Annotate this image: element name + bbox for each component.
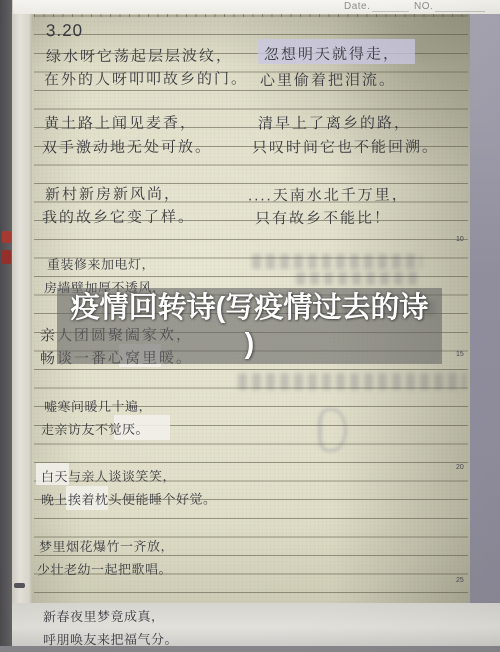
poem-line: 忽想明天就得走， xyxy=(264,43,400,65)
handwritten-date: 3.20 xyxy=(46,21,83,41)
page-stack-edge xyxy=(470,13,500,603)
notebook-photo: Date. NO. 10 15 20 25 3.20 绿水呀它荡起层层波纹， 在… xyxy=(0,0,500,652)
poem-line: 心里偷着把泪流。 xyxy=(260,69,396,91)
poem-line: 重装修来加电灯， xyxy=(47,254,155,274)
caption-text-line1: 疫情回转诗(写疫情过去的诗 xyxy=(71,290,429,326)
ink-bleed-smudge xyxy=(252,254,422,269)
tick-marks-top xyxy=(34,14,468,17)
poem-line: 只有故乡不能比！ xyxy=(255,207,391,229)
poem-line: 呼朋唤友来把福气分。 xyxy=(43,629,178,649)
poem-line: 梦里烟花爆竹一齐放， xyxy=(39,536,174,556)
poem-line: 新春夜里梦竟成真， xyxy=(43,606,165,626)
date-underline xyxy=(372,11,409,12)
book-edge-red-mark xyxy=(1,250,11,264)
poem-line: 清早上了离乡的路， xyxy=(258,112,411,134)
line-number: 15 xyxy=(456,351,464,358)
date-label: Date. xyxy=(344,1,370,12)
line-number: 25 xyxy=(456,577,464,584)
poem-line: 少壮老幼一起把歌唱。 xyxy=(37,559,172,579)
caption-overlay: 疫情回转诗(写疫情过去的诗 ) xyxy=(57,288,442,364)
line-number: 10 xyxy=(456,236,464,243)
pen-mark xyxy=(318,408,347,452)
no-label: NO. xyxy=(414,1,433,12)
page-edge-mark xyxy=(14,583,25,588)
poem-line: 黄土路上闻见麦香， xyxy=(44,112,197,134)
caption-text-line2: ) xyxy=(245,326,255,362)
poem-line: 我的故乡它变了样。 xyxy=(42,206,195,228)
line-number: 20 xyxy=(456,464,464,471)
no-underline xyxy=(435,11,485,12)
under-page-edge xyxy=(12,0,32,652)
book-edge-red-mark xyxy=(2,231,11,243)
poem-line: 在外的人呀叩叩故乡的门。 xyxy=(44,67,248,89)
poem-line: 新村新房新风尚， xyxy=(45,183,181,205)
poem-line: 白天与亲人谈谈笑笑， xyxy=(41,466,176,486)
poem-line: 只叹时间它也不能回溯。 xyxy=(252,136,439,158)
poem-line: 绿水呀它荡起层层波纹， xyxy=(46,45,233,67)
poem-line: 嘘寒问暖几十遍， xyxy=(44,396,152,416)
poem-line: 走亲访友不觉厌。 xyxy=(41,419,149,439)
poem-line: 晚上挨着枕头便能睡个好觉。 xyxy=(41,489,217,509)
ink-bleed-smudge xyxy=(238,373,466,390)
poem-line: ....天南水北千万里， xyxy=(248,184,409,206)
ink-bleed-smudge xyxy=(296,272,420,285)
poem-line: 双手激动地无处可放。 xyxy=(42,136,212,158)
